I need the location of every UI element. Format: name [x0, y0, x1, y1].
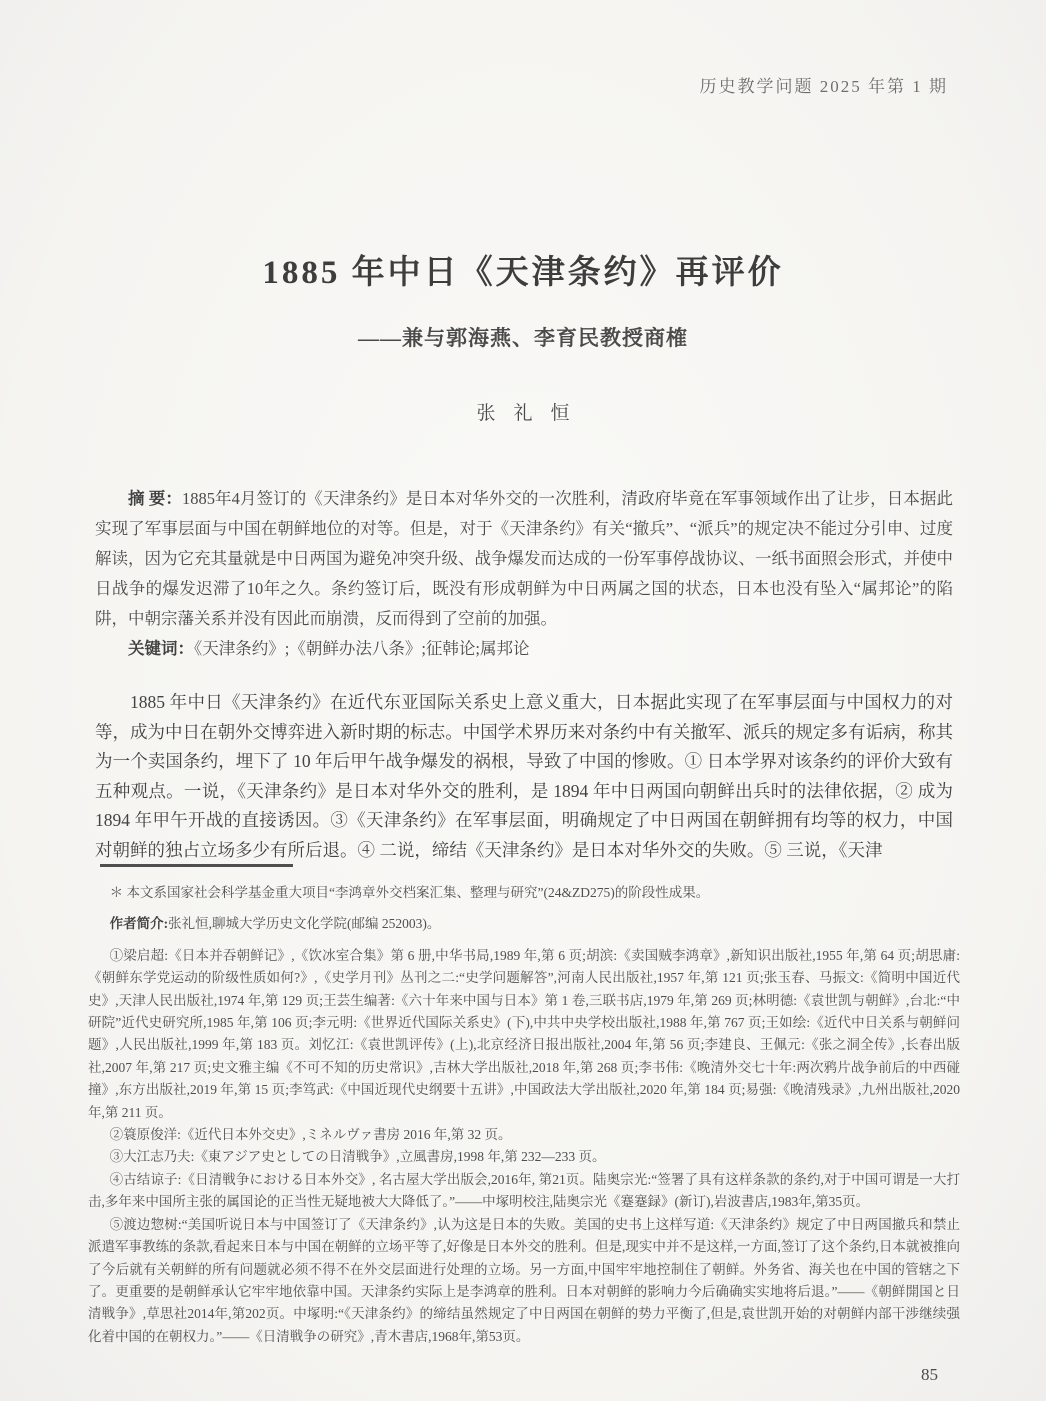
- journal-header: 历史教学问题 2025 年第 1 期: [700, 72, 949, 97]
- keywords-line: 关键词：《天津条约》;《朝鲜办法八条》;征韩论;属邦论: [95, 634, 953, 664]
- footnote-author-bio: 作者简介:张礼恒,聊城大学历史文化学院(邮编 252003)。: [88, 913, 960, 935]
- author-bio-text: 张礼恒,聊城大学历史文化学院(邮编 252003)。: [168, 916, 440, 931]
- footnote-5: ⑤渡边惣树:“美国听说日本与中国签订了《天津条约》,认为这是日本的失败。美国的史…: [88, 1214, 960, 1348]
- abstract-label: 摘 要：: [128, 489, 182, 508]
- article-body: 1885 年中日《天津条约》在近代东亚国际关系史上意义重大，日本据此实现了在军事…: [95, 688, 953, 865]
- article-subtitle: ——兼与郭海燕、李育民教授商榷: [0, 322, 1046, 352]
- footnotes-section: ＊ 本文系国家社会科学基金重大项目“李鸿章外交档案汇集、整理与研究”(24&ZD…: [88, 882, 960, 1348]
- keywords-text: 《天津条约》;《朝鲜办法八条》;征韩论;属邦论: [194, 639, 530, 658]
- body-paragraph: 1885 年中日《天津条约》在近代东亚国际关系史上意义重大，日本据此实现了在军事…: [95, 688, 953, 865]
- footnote-2: ②簑原俊洋:《近代日本外交史》,ミネルヴァ書房 2016 年,第 32 页。: [88, 1124, 960, 1146]
- footnote-1: ①梁启超:《日本并吞朝鲜记》,《饮冰室合集》第 6 册,中华书局,1989 年,…: [88, 945, 960, 1124]
- scanned-paper-page: 历史教学问题 2025 年第 1 期 1885 年中日《天津条约》再评价 ——兼…: [0, 0, 1046, 1401]
- footnote-4: ④古结谅子:《日清戦争における日本外交》, 名古屋大学出版会,2016年, 第2…: [88, 1169, 960, 1214]
- footnote-project-note: ＊ 本文系国家社会科学基金重大项目“李鸿章外交档案汇集、整理与研究”(24&ZD…: [88, 882, 960, 904]
- article-author: 张礼恒: [0, 398, 1046, 425]
- author-bio-label: 作者简介:: [110, 916, 169, 931]
- footnote-divider: [100, 864, 293, 867]
- abstract-paragraph: 摘 要：1885年4月签订的《天津条约》是日本对华外交的一次胜利，清政府毕竟在军…: [95, 484, 953, 634]
- page-number: 85: [921, 1365, 938, 1385]
- footnote-3: ③大江志乃夫:《東アジア史としての日清戦争》,立風書房,1998 年,第 232…: [88, 1146, 960, 1168]
- abstract-text: 1885年4月签订的《天津条约》是日本对华外交的一次胜利，清政府毕竟在军事领域作…: [95, 489, 953, 628]
- keywords-label: 关键词：: [128, 639, 194, 658]
- article-title: 1885 年中日《天津条约》再评价: [0, 246, 1046, 293]
- abstract-section: 摘 要：1885年4月签订的《天津条约》是日本对华外交的一次胜利，清政府毕竟在军…: [95, 484, 953, 664]
